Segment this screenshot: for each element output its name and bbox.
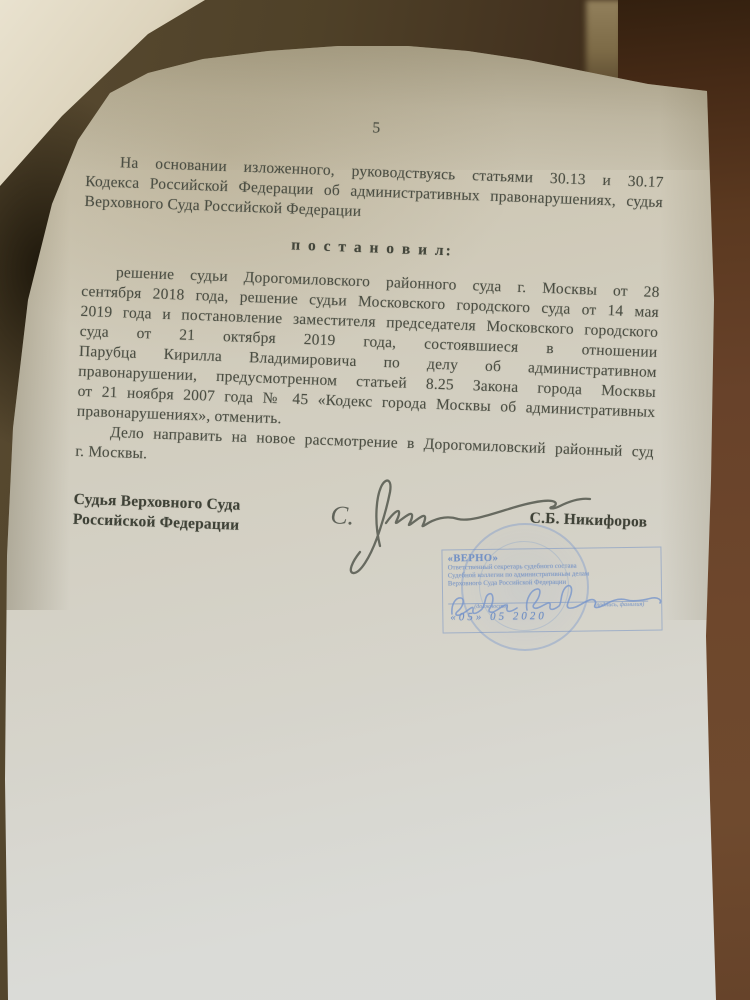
stamp-caption-signature: (подпись, фамилия)	[594, 602, 644, 610]
photo-scene: 5 На основании изложенного, руководствуя…	[0, 0, 750, 1000]
intro-paragraph: На основании изложенного, руководствуясь…	[84, 152, 664, 233]
verno-stamp: «ВЕРНО» Ответственный секретарь судебног…	[441, 546, 662, 633]
stamp-caption-position: (должность)	[474, 604, 508, 611]
document-page: 5 На основании изложенного, руководствуя…	[0, 0, 750, 1000]
judge-title: Судья Верховного Суда Российской Федерац…	[73, 490, 241, 536]
stamp-clerk-line3: Верховного Суда Российской Федерации	[448, 578, 656, 589]
resolution-heading: п о с т а н о в и л:	[83, 228, 661, 269]
document-content: 5 На основании изложенного, руководствуя…	[73, 108, 666, 551]
page-number: 5	[87, 108, 665, 149]
decision-paragraph: решение судьи Дорогомиловского районного…	[76, 262, 659, 443]
